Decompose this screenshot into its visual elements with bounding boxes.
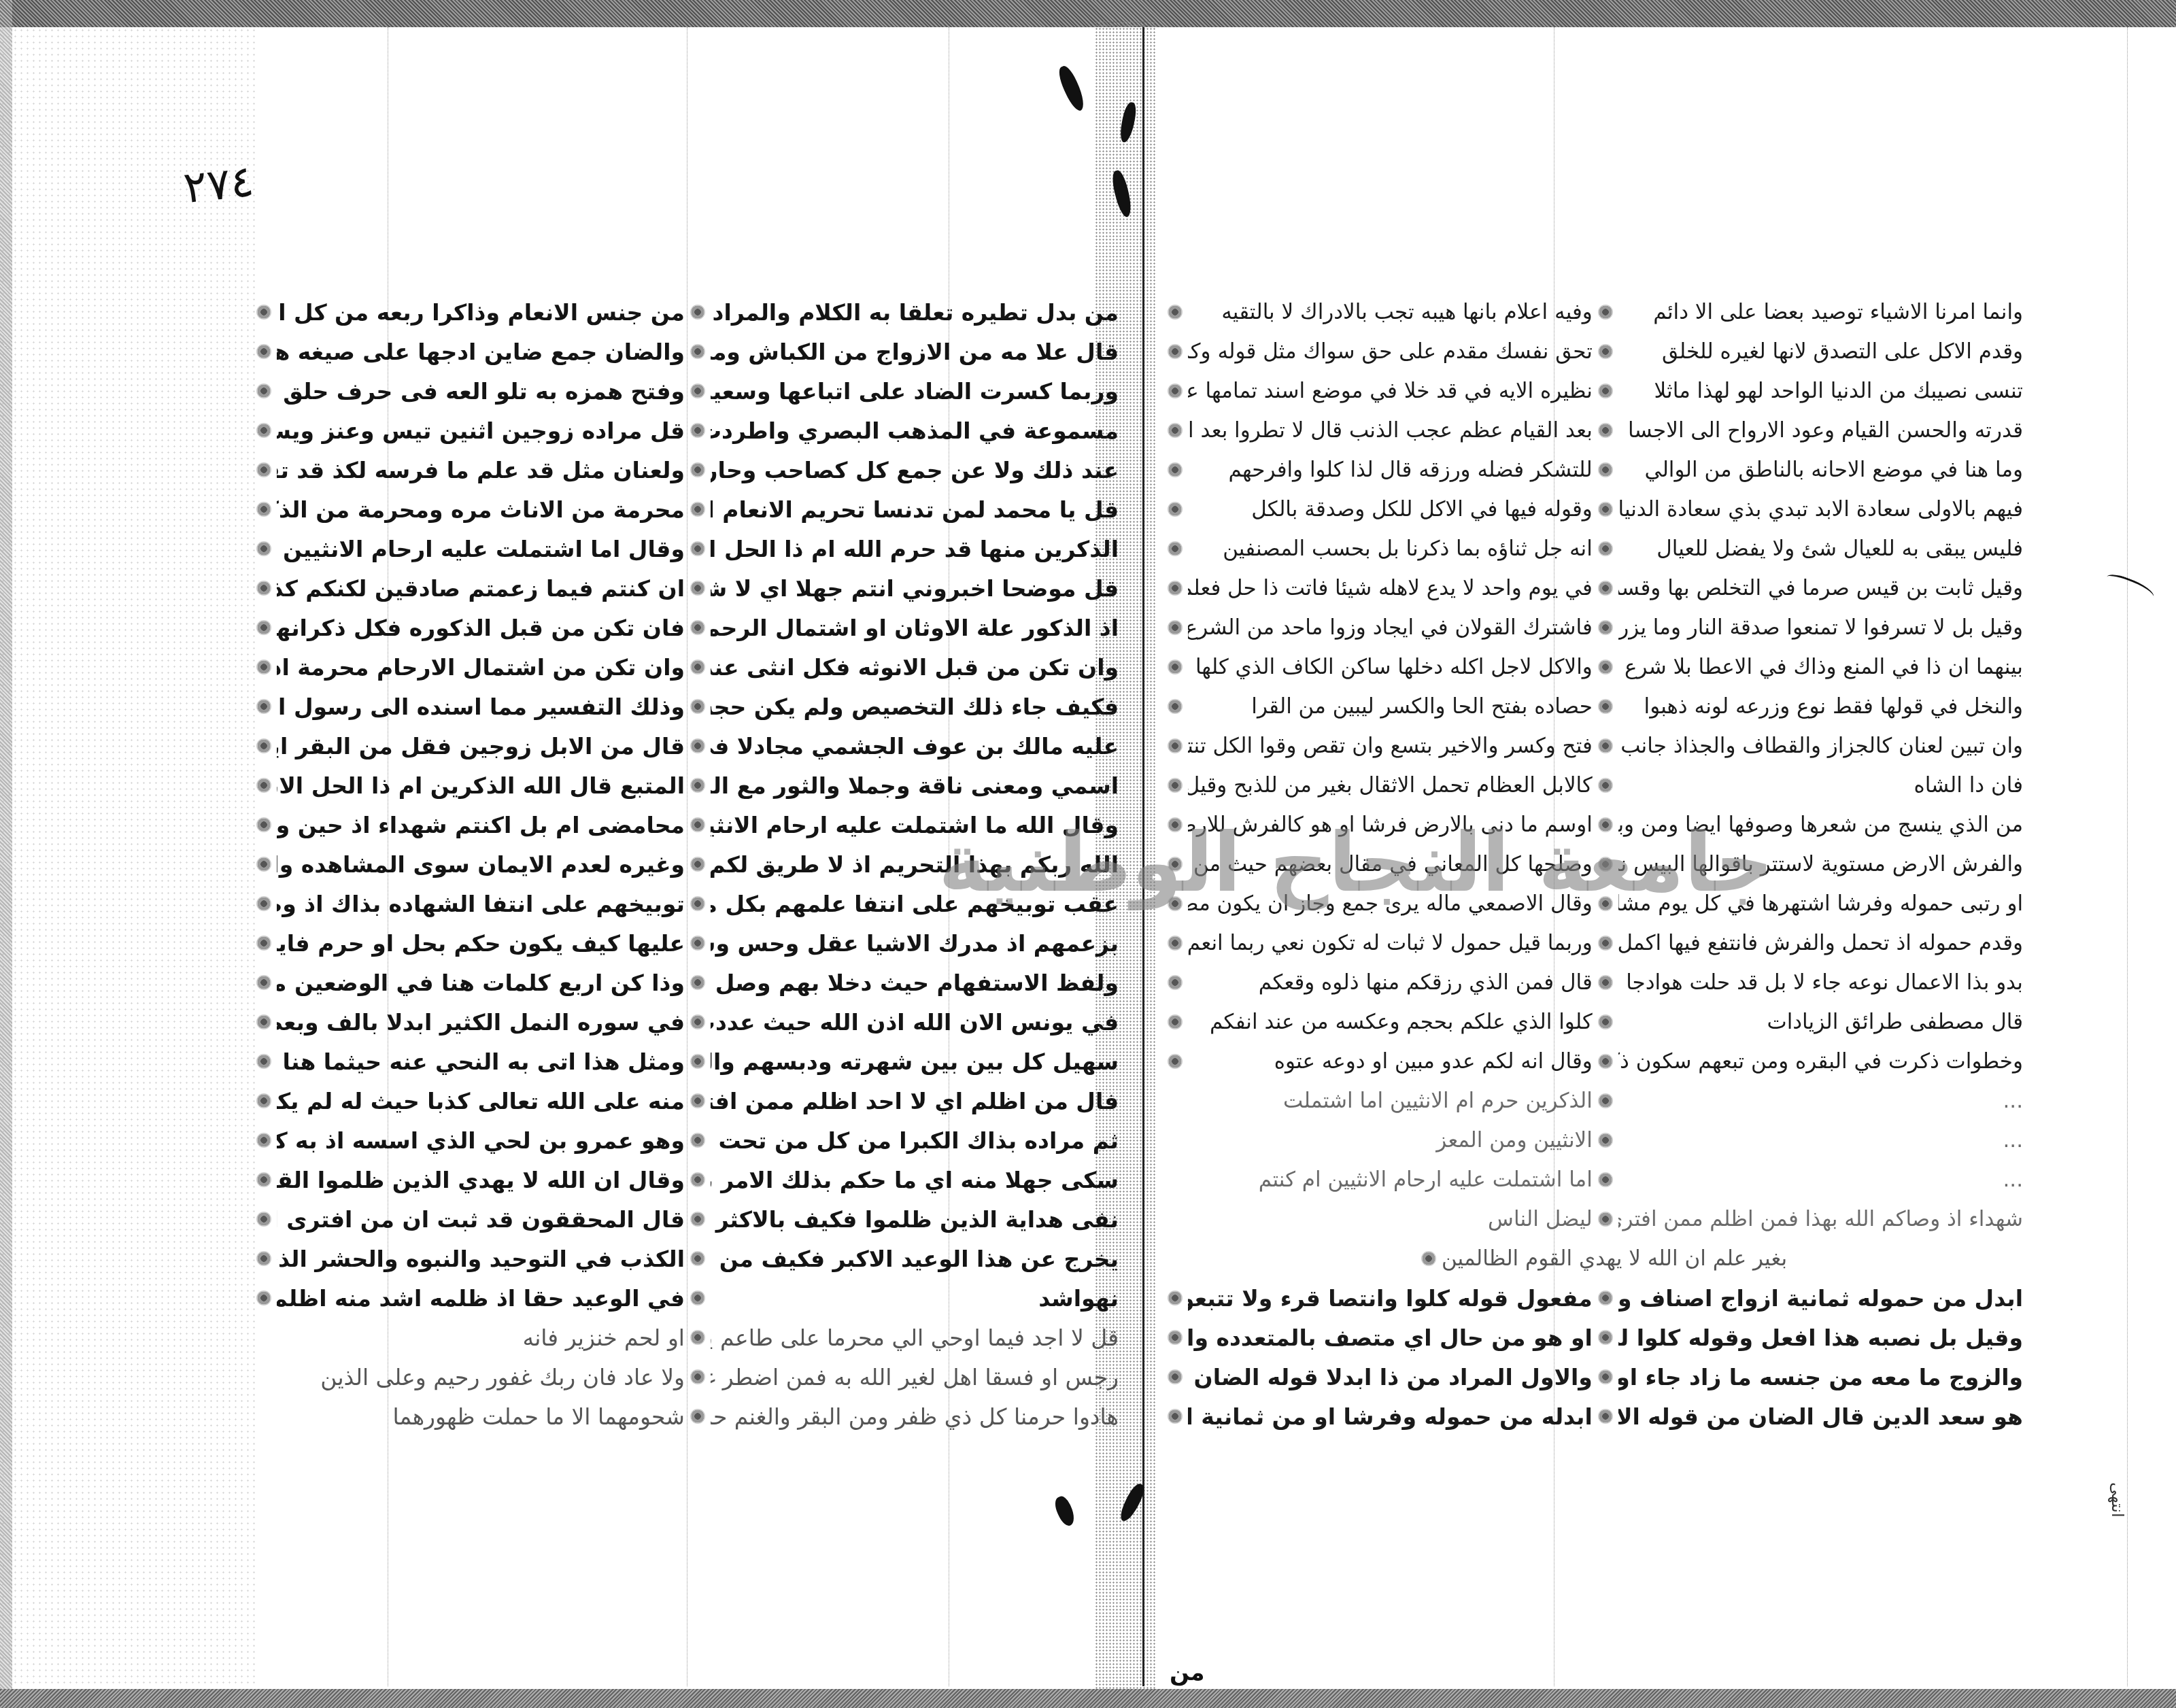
hemistich-text: وقال انه لكم عدو مبين او دوعه عتوه <box>1188 1049 1593 1074</box>
verse-separator-icon <box>1168 1014 1183 1029</box>
verse-separator-icon <box>256 305 271 320</box>
verse-separator-icon <box>690 344 705 359</box>
text-line: وخطوات ذكرت في البقره ومن تبعهم سكون ذكر… <box>1180 1042 2023 1081</box>
hemistich-text: نظيره الايه في قد خلا في موضع اسند تمامه… <box>1188 379 1593 403</box>
verse-separator-icon <box>1168 660 1183 674</box>
verse-separator-icon <box>256 1093 271 1108</box>
verse-separator-icon <box>1168 778 1183 793</box>
verse-separator-icon <box>690 620 705 635</box>
verse-separator-icon <box>256 778 271 793</box>
text-line: مسموعة في المذهب البصري واطردت في المذهب… <box>269 411 1119 450</box>
hemistich-text: اسمي ومعنى ناقة وجملا والثور مع الشاة كل… <box>711 772 1119 799</box>
hemistich-text: وقيل بل لا تسرفوا لا تمنعوا صدقة النار و… <box>1618 615 2023 640</box>
verse-separator-icon <box>1598 936 1613 951</box>
hemistich-text: وقدم الاكل على التصدق لانها لغيره للخلق <box>1618 339 2023 364</box>
text-line: فان دا الشاهكالابل العظام تحمل الاثقال ب… <box>1180 766 2023 805</box>
hemistich-text: وقدم حموله اذ تحمل والفرش فانتفع فيها اك… <box>1618 931 2023 955</box>
text-line: فال من اظلم اي لا احد اظلم ممن افترى تعم… <box>269 1081 1119 1121</box>
hemistich-text: قدرته والحسن القيام وعود الارواح الى الا… <box>1618 418 2023 443</box>
text-line: اذ الذكور علة الاوثان او اشتمال الرحم هذ… <box>269 608 1119 647</box>
hemistich-text: بعد القيام عظم عجب الذنب قال لا تطروا بع… <box>1188 418 1593 443</box>
hemistich-text: عليه مالك بن عوف الجشمي مجادلا في حل بعض… <box>711 733 1119 759</box>
verse-separator-icon <box>256 1172 271 1187</box>
verse-separator-icon <box>1168 344 1183 359</box>
verse-separator-icon <box>690 699 705 714</box>
verse-separator-icon <box>690 936 705 951</box>
verse-separator-icon <box>1168 423 1183 438</box>
hemistich-text: والنخل في قولها فقط نوع وزرعه لونه ذهبوا <box>1618 694 2023 719</box>
hemistich-text: المتبع قال الله الذكرين ام ذا الحل الانث… <box>277 772 685 799</box>
text-line: اسمي ومعنى ناقة وجملا والثور مع الشاة كل… <box>269 766 1119 805</box>
hemistich-text: ان كنتم فيما زعمتم صادقين لكنكم كذبتم فا… <box>277 575 685 602</box>
verse-separator-icon <box>690 896 705 911</box>
verse-separator-icon <box>1168 975 1183 990</box>
hemistich-text: فاشترك القولان في ايجاد وزوا ماحد من الش… <box>1188 615 1593 640</box>
faint-quran-line: شهداء اذ وصاكم الله بهذا فمن اظلم ممن اف… <box>1180 1199 2023 1239</box>
text-line: بزعمهم اذ مدرك الاشيا عقل وحس وسمع استفا… <box>269 923 1119 963</box>
hemistich-text: وقوله فيها في الاكل للكل وصدقة بالكل <box>1188 497 1593 522</box>
hemistich-text: قل يا محمد لمن تدنسا تحريم الانعام الينا… <box>711 496 1119 523</box>
text-line: وان تكن من قبل الانوثه فكل انثى عندكم خب… <box>269 647 1119 687</box>
verse-separator-icon <box>1598 738 1613 753</box>
faint-quran-line: ...الانثيين ومن المعز <box>1180 1121 2023 1160</box>
hemistich-text: والاكل لاجل اكله دخلها ساكن الكاف الذي ك… <box>1188 655 1593 679</box>
verse-separator-icon <box>1421 1251 1436 1266</box>
verse-separator-icon <box>256 383 271 398</box>
verse-separator-icon <box>690 1054 705 1069</box>
text-line: فكيف جاء ذلك التخصيص ولم يكن حجة تنصيصوذ… <box>269 687 1119 726</box>
faint-quran-line: ...الذكرين حرم ام الانثيين اما اشتملت <box>1180 1081 2023 1121</box>
hemistich-text: حصاده بفتح الحا والكسر ليبين من القرا <box>1188 694 1593 719</box>
hemistich-text: وفتح همزه به تلو العه فى حرف حلق ثانيا م… <box>277 378 685 405</box>
hemistich-text: ولفظ الاستفهام حيث دخلا بهم وصل بتحتية ت… <box>711 970 1119 996</box>
verse-separator-icon <box>256 660 271 674</box>
hemistich-text: وخطوات ذكرت في البقره ومن تبعهم سكون ذكر… <box>1618 1049 2023 1074</box>
hemistich-text: فال من اظلم اي لا احد اظلم ممن افترى تعم… <box>711 1088 1119 1114</box>
verse-separator-icon <box>690 423 705 438</box>
hemistich-text: في يونس الان الله اذن الله حيث عددت كما … <box>711 1009 1119 1036</box>
hemistich-text: فيهم بالاولى سعادة الابد تبدي بذي سعادة … <box>1618 497 2023 522</box>
text-line: وقيل ثابت بن قيس صرما في التخلص بها وقسم… <box>1180 568 2023 608</box>
verse-separator-icon <box>690 1133 705 1148</box>
hemistich-text: وان تبين لعنان كالجزاز والقطاف والجذاذ ج… <box>1618 734 2023 758</box>
hemistich-text: وغيره لعدم الايمان سوى المشاهده والعيان <box>277 851 685 878</box>
hemistich-text: مفعول قوله كلوا وانتصا قرء ولا تتبعوا مع… <box>1188 1285 1593 1312</box>
hemistich-text: قال المحققون قد ثبت ان من افترى الكذب وا… <box>277 1206 685 1233</box>
hemistich-text: الانثيين ومن المعز <box>1188 1128 1593 1152</box>
hemistich-text: الذكرين منها قد حرم الله ام ذا الحل الان… <box>711 536 1119 562</box>
verse-separator-icon <box>690 778 705 793</box>
hemistich-text: وربما قيل حمول لا ثبات له تكون نعي ربما … <box>1188 931 1593 955</box>
hemistich-text: محرمة من الاناث مره ومحرمة من الذكور كره <box>277 496 685 523</box>
text-line: وربما كسرت الضاد على اتباعها وسعير مثلاو… <box>269 371 1119 411</box>
verse-separator-icon <box>1168 383 1183 398</box>
text-line: وان تبين لعنان كالجزاز والقطاف والجذاذ ج… <box>1180 726 2023 766</box>
hemistich-text: شحومهما الا ما حملت ظهورهما <box>277 1403 685 1430</box>
verse-separator-icon <box>256 620 271 635</box>
text-line: وقدم الاكل على التصدق لانها لغيره للخلقت… <box>1180 332 2023 371</box>
verse-separator-icon <box>1598 620 1613 635</box>
verse-separator-icon <box>690 1330 705 1345</box>
verse-separator-icon <box>1598 1409 1613 1424</box>
verse-separator-icon <box>1168 1291 1183 1305</box>
hemistich-text: نهواشد <box>711 1285 1119 1312</box>
verse-separator-icon <box>256 738 271 753</box>
verse-separator-icon <box>1598 699 1613 714</box>
verse-separator-icon <box>1598 1212 1613 1227</box>
text-line: قل موضحا اخبروني انتم جهلا اي لا شئ تحرم… <box>269 568 1119 608</box>
verse-separator-icon <box>1168 1054 1183 1069</box>
text-line: في يونس الان الله اذن الله حيث عددت كما … <box>269 1002 1119 1042</box>
verse-separator-icon <box>1598 462 1613 477</box>
verse-separator-icon <box>256 462 271 477</box>
hemistich-text: في يوم واحد لا يدع لاهله شيئا فاتت ذا حل… <box>1188 576 1593 600</box>
faint-quran-line: رجس او فسقا اهل لغير الله به فمن اضطر غي… <box>269 1357 1119 1397</box>
verse-separator-icon <box>690 1251 705 1266</box>
catchword: من <box>1170 1659 1205 1686</box>
hemistich-text: فليس يبقى به للعيال شئ ولا يفضل للعيال <box>1618 536 2023 561</box>
text-line: سكى جهلا منه اي ما حكم بذلك الامر بغير ع… <box>269 1160 1119 1199</box>
hemistich-text: من جنس الانعام وذاكرا ربعه من كل اثنا نت… <box>277 299 685 326</box>
text-line: هو سعد الدين قال الضان من قوله الانعام ا… <box>1180 1397 2023 1436</box>
verse-separator-icon <box>1598 1014 1613 1029</box>
hemistich-text: وهو عمرو بن لحي الذي اسسه اذ به كل تحدى <box>277 1127 685 1154</box>
hemistich-text: وما هنا في موضع الاحانه بالناطق من الوال… <box>1618 458 2023 482</box>
hemistich-text: وفيه اعلام بانها هيبه تجب بالادراك لا با… <box>1188 300 1593 324</box>
verse-separator-icon <box>1168 581 1183 596</box>
verse-separator-icon <box>256 1212 271 1227</box>
ink-stain <box>1052 1494 1078 1528</box>
hemistich-text: او لحم خنزير فانه <box>277 1325 685 1351</box>
text-line: بينهما ان ذا في المنع وذاك في الاعطا بلا… <box>1180 647 2023 687</box>
hemistich-text: في الوعيد حقا اذ ظلمه اشد منه اظلما <box>277 1285 685 1312</box>
verse-separator-icon <box>690 305 705 320</box>
scan-edge-bottom <box>0 1689 2176 1708</box>
verse-separator-icon <box>1598 1133 1613 1148</box>
hemistich-text: وقال ان الله لا يهدي الذين ظلموا القوم ا… <box>277 1167 685 1193</box>
scan-edge-top <box>0 0 2176 27</box>
hemistich-text: وان تكن من اشتمال الارحام محرمة اذن جميع… <box>277 654 685 681</box>
verse-separator-icon <box>1168 738 1183 753</box>
verse-separator-icon <box>690 581 705 596</box>
verse-separator-icon <box>256 936 271 951</box>
verse-separator-icon <box>1598 1291 1613 1305</box>
hemistich-text: توبيخهم على انتفا الشهاده بذاك اذ وصى به… <box>277 891 685 917</box>
verse-separator-icon <box>256 699 271 714</box>
verse-separator-icon <box>1598 305 1613 320</box>
hemistich-text: اذ الذكور علة الاوثان او اشتمال الرحم هذ… <box>711 615 1119 641</box>
verse-separator-icon <box>1598 541 1613 556</box>
hemistich-text: كلوا الذي علكم بحجم وعكسه من عند انفكم <box>1188 1010 1593 1034</box>
hemistich-text: وربما كسرت الضاد على اتباعها وسعير مثلا <box>711 378 1119 405</box>
hemistich-text: سهيل كل بين بين شهرته ودبسهم والبعض عند … <box>711 1048 1119 1075</box>
hemistich-text: يخرج عن هذا الوعيد الاكبر فكيف من قال ال… <box>711 1246 1119 1272</box>
verse-separator-icon <box>1168 305 1183 320</box>
verse-separator-icon <box>256 1251 271 1266</box>
hemistich-text: الكذب في التوحيد والنبوه والحشر الذي يكو… <box>277 1246 685 1272</box>
verse-separator-icon <box>256 1133 271 1148</box>
text-line: قل يا محمد لمن تدنسا تحريم الانعام الينا… <box>269 490 1119 529</box>
verse-separator-icon <box>1598 778 1613 793</box>
text-line: قال مصطفى طرائق الزياداتكلوا الذي علكم ب… <box>1180 1002 2023 1042</box>
verse-separator-icon <box>690 462 705 477</box>
text-line: من بدل تطيره تعلقا به الكلام والمراد خلق… <box>269 292 1119 332</box>
verse-separator-icon <box>690 541 705 556</box>
hemistich-text: فان تكن من قبل الذكوره فكل ذكرانهم محظور… <box>277 615 685 641</box>
text-line: وانما امرنا الاشياء توصيد بعضا على الا د… <box>1180 292 2023 332</box>
verse-separator-icon <box>1598 502 1613 517</box>
hemistich-text: وقيل ثابت بن قيس صرما في التخلص بها وقسم… <box>1618 576 2023 600</box>
hemistich-text: هادوا حرمنا كل ذي ظفر ومن البقر والغنم ح… <box>711 1403 1119 1430</box>
verse-separator-icon <box>690 1409 705 1424</box>
text-line: ثم مراده بذاك الكبرا من كل من تحت بهذا ا… <box>269 1121 1119 1160</box>
verse-separator-icon <box>1168 462 1183 477</box>
verse-separator-icon <box>256 817 271 832</box>
hemistich-text: من بدل تطيره تعلقا به الكلام والمراد خلق… <box>711 299 1119 326</box>
hemistich-text: اما اشتملت عليه ارحام الانثيين ام كنتم <box>1188 1167 1593 1192</box>
verse-separator-icon <box>1598 660 1613 674</box>
hemistich-text: ليضل الناس <box>1188 1207 1593 1231</box>
text-line: وقيل بل لا تسرفوا لا تمنعوا صدقة النار و… <box>1180 608 2023 647</box>
verse-separator-icon <box>690 857 705 872</box>
text-line: فليس يبقى به للعيال شئ ولا يفضل للعيالان… <box>1180 529 2023 568</box>
hemistich-text: مسموعة في المذهب البصري واطردت في المذهب… <box>711 417 1119 444</box>
hemistich-text: ابدله من حموله وفرشا او من ثمانية اي انش… <box>1188 1403 1593 1430</box>
verse-separator-icon <box>256 1054 271 1069</box>
text-line: تنسى نصيبك من الدنيا الواحد لهو لهذا ماث… <box>1180 371 2023 411</box>
text-line: نفى هداية الذين ظلموا فكيف بالاكثر ظلما … <box>269 1199 1119 1239</box>
faint-quran-line: قل لا اجد فيما اوحي الي محرما على طاعم ي… <box>269 1318 1119 1357</box>
hemistich-text: قال مصطفى طرائق الزيادات <box>1618 1010 2023 1034</box>
hemistich-text: هو سعد الدين قال الضان من قوله الانعام ا… <box>1618 1403 2023 1430</box>
verse-separator-icon <box>256 1291 271 1305</box>
text-line: قدرته والحسن القيام وعود الارواح الى الا… <box>1180 411 2023 450</box>
verse-separator-icon <box>690 383 705 398</box>
hemistich-text: تنسى نصيبك من الدنيا الواحد لهو لهذا ماث… <box>1618 379 2023 403</box>
verse-separator-icon <box>1598 1369 1613 1384</box>
hemistich-text: ثم مراده بذاك الكبرا من كل من تحت بهذا ا… <box>711 1127 1119 1154</box>
verse-separator-icon <box>1598 423 1613 438</box>
verse-separator-icon <box>1168 502 1183 517</box>
verse-separator-icon <box>256 502 271 517</box>
verse-separator-icon <box>256 857 271 872</box>
hemistich-text: في سوره النمل الكثير ابدلا بالف وبعضهم ج… <box>277 1009 685 1036</box>
hemistich-text: عند ذلك ولا عن جمع كل كصاحب وحارس وتبع <box>711 457 1119 483</box>
hemistich-text: فان دا الشاه <box>1618 773 2023 798</box>
hemistich-text: او هو من حال اي متصف بالمتعدده والمختلف <box>1188 1325 1593 1351</box>
section-heading: بغير علم ان الله لا يهدي القوم الظالمين <box>1180 1239 2023 1278</box>
verse-separator-icon <box>690 817 705 832</box>
ink-stain <box>1055 64 1089 114</box>
hemistich-text: فكيف جاء ذلك التخصيص ولم يكن حجة تنصيص <box>711 694 1119 720</box>
hemistich-text: وذا كن اربع كلمات هنا في الوضعين مثل ما … <box>277 970 685 996</box>
verse-separator-icon <box>690 975 705 990</box>
verse-separator-icon <box>1598 1093 1613 1108</box>
verse-separator-icon <box>690 1291 705 1305</box>
text-line: ولفظ الاستفهام حيث دخلا بهم وصل بتحتية ت… <box>269 963 1119 1002</box>
verse-separator-icon <box>690 660 705 674</box>
margin-note: انتهى <box>2108 1482 2127 1518</box>
hemistich-text: بزعمهم اذ مدرك الاشيا عقل وحس وسمع استفا… <box>711 930 1119 957</box>
verse-separator-icon <box>256 1014 271 1029</box>
hemistich-text: بينهما ان ذا في المنع وذاك في الاعطا بلا… <box>1618 655 2023 679</box>
folio-number: ٢٧٤ <box>181 156 256 213</box>
hemistich-text: بغير علم ان الله لا يهدي القوم الظالمين <box>1442 1246 1787 1271</box>
hemistich-text: وان تكن من قبل الانوثه فكل انثى عندكم خب… <box>711 654 1119 681</box>
verse-separator-icon <box>1168 1330 1183 1345</box>
hemistich-text: الذكرين حرم ام الانثيين اما اشتملت <box>1188 1089 1593 1113</box>
hemistich-text: والضان جمع ضاين ادجها على صيغه هو حيث سع… <box>277 339 685 365</box>
hemistich-text: وقال اما اشتملت عليه ارحام الانثيين من ص… <box>277 536 685 562</box>
text-line: والنخل في قولها فقط نوع وزرعه لونه ذهبوا… <box>1180 687 2023 726</box>
verse-separator-icon <box>1598 975 1613 990</box>
hemistich-text: للتشكر فضله ورزقه قال لذا كلوا وافرحهم <box>1188 458 1593 482</box>
verse-separator-icon <box>256 344 271 359</box>
verse-separator-icon <box>1598 581 1613 596</box>
hemistich-text: قل مراده زوجين اثنين تيس وعنز ويسكن العي… <box>277 417 685 444</box>
verse-separator-icon <box>1168 1369 1183 1384</box>
verse-separator-icon <box>690 502 705 517</box>
hemistich-text: قال علا مه من الازواج من الكباش ومن النع… <box>711 339 1119 365</box>
verse-separator-icon <box>690 738 705 753</box>
text-line: وقدم حموله اذ تحمل والفرش فانتفع فيها اك… <box>1180 923 2023 963</box>
text-line: بدو بذا الاعمال نوعه جاء لا بل قد حلت هو… <box>1180 963 2023 1002</box>
hemistich-text: ومثل هذا اتى به النحي عنه حيثما هنا ذكر <box>277 1048 685 1075</box>
text-line: الذكرين منها قد حرم الله ام ذا الحل الان… <box>269 529 1119 568</box>
text-line: وقيل بل نصبه هذا افعل وقوله كلوا له بدلا… <box>1180 1318 2023 1357</box>
margin-pen-stroke <box>2103 571 2156 603</box>
faint-quran-line: ...اما اشتملت عليه ارحام الانثيين ام كنت… <box>1180 1160 2023 1199</box>
text-line: ابدل من حموله ثمانية ازواج اصناف وقيل بل… <box>1180 1278 2023 1318</box>
text-line: عند ذلك ولا عن جمع كل كصاحب وحارس وتبعول… <box>269 450 1119 490</box>
hemistich-text: والزوج ما معه من جنسه ما زاد جاء او اسم … <box>1618 1364 2023 1390</box>
verse-separator-icon <box>1598 383 1613 398</box>
verse-separator-icon <box>256 975 271 990</box>
verse-separator-icon <box>690 1093 705 1108</box>
library-watermark: جامعة النجاح الوطنية <box>938 816 1773 910</box>
verse-separator-icon <box>256 423 271 438</box>
hemistich-text: كالابل العظام تحمل الاثقال بغير من للذبح… <box>1188 773 1593 798</box>
text-line: يخرج عن هذا الوعيد الاكبر فكيف من قال ال… <box>269 1239 1119 1278</box>
hemistich-text: محامضى ام بل اكنتم شهداء اذ حين وصاكم ال… <box>277 812 685 838</box>
text-line: عليه مالك بن عوف الجشمي مجادلا في حل بعض… <box>269 726 1119 766</box>
hemistich-text: والاول المراد من ذا ابدلا قوله الضان منه… <box>1188 1364 1593 1390</box>
text-line: سهيل كل بين بين شهرته ودبسهم والبعض عند … <box>269 1042 1119 1081</box>
hemistich-text: قال من الابل زوجين فقل من البقر ايضا زوج… <box>277 733 685 759</box>
verse-separator-icon <box>1168 936 1183 951</box>
hemistich-text: قال فمن الذي رزقكم منها ذلوه وقعكم <box>1188 970 1593 995</box>
hemistich-text: وقيل بل نصبه هذا افعل وقوله كلوا له بدل <box>1618 1325 2023 1351</box>
verse-separator-icon <box>1598 1172 1613 1187</box>
ruling-line <box>2127 27 2128 1686</box>
hemistich-text: منه على الله تعالى كذبا حيث له لم يكن من… <box>277 1088 685 1114</box>
hemistich-text: تحق نفسك مقدم على حق سواك مثل قوله وكذا <box>1188 339 1593 364</box>
hemistich-text: شهداء اذ وصاكم الله بهذا فمن اظلم ممن اف… <box>1618 1207 2023 1231</box>
text-line: فيهم بالاولى سعادة الابد تبدي بذي سعادة … <box>1180 490 2023 529</box>
faint-quran-line: هادوا حرمنا كل ذي ظفر ومن البقر والغنم ح… <box>269 1397 1119 1436</box>
hemistich-text: عليها كيف يكون حكم بحل او حرم فاين الفهم <box>277 930 685 957</box>
hemistich-text: قل لا اجد فيما اوحي الي محرما على طاعم ي… <box>711 1325 1119 1351</box>
verse-separator-icon <box>1598 344 1613 359</box>
hemistich-text: بدو بذا الاعمال نوعه جاء لا بل قد حلت هو… <box>1618 970 2023 995</box>
verse-separator-icon <box>256 581 271 596</box>
verse-separator-icon <box>690 1172 705 1187</box>
paper-speckle <box>0 27 258 1686</box>
hemistich-text: رجس او فسقا اهل لغير الله به فمن اضطر غي… <box>711 1364 1119 1390</box>
hemistich-text: سكى جهلا منه اي ما حكم بذلك الامر بغير ع… <box>711 1167 1119 1193</box>
hemistich-text: نفى هداية الذين ظلموا فكيف بالاكثر ظلما … <box>711 1206 1119 1233</box>
text-line: نهواشدفي الوعيد حقا اذ ظلمه اشد منه اظلم… <box>269 1278 1119 1318</box>
text-line: وما هنا في موضع الاحانه بالناطق من الوال… <box>1180 450 2023 490</box>
hemistich-text: ... <box>1618 1128 2023 1152</box>
verse-separator-icon <box>1168 541 1183 556</box>
verse-separator-icon <box>690 1369 705 1384</box>
verse-separator-icon <box>1168 699 1183 714</box>
hemistich-text: ... <box>1618 1089 2023 1113</box>
hemistich-text: ... <box>1618 1167 2023 1192</box>
verse-separator-icon <box>256 541 271 556</box>
verse-separator-icon <box>1168 620 1183 635</box>
verse-separator-icon <box>1598 1330 1613 1345</box>
verse-separator-icon <box>690 1014 705 1029</box>
hemistich-text: انه جل ثناؤه بما ذكرنا بل بحسب المصنفين <box>1188 536 1593 561</box>
verse-separator-icon <box>1598 1054 1613 1069</box>
hemistich-text: وانما امرنا الاشياء توصيد بعضا على الا د… <box>1618 300 2023 324</box>
hemistich-text: ولا عاد فان ربك غفور رحيم وعلى الذين <box>277 1364 685 1390</box>
hemistich-text: فتح وكسر والاخير بتسع وان تقص وقوا الكل … <box>1188 734 1593 758</box>
text-line: والزوج ما معه من جنسه ما زاد جاء او اسم … <box>1180 1357 2023 1397</box>
hemistich-text: قل موضحا اخبروني انتم جهلا اي لا شئ تحرم <box>711 575 1119 602</box>
hemistich-text: ابدل من حموله ثمانية ازواج اصناف وقيل بل… <box>1618 1285 2023 1312</box>
verse-separator-icon <box>690 1212 705 1227</box>
text-line: قال علا مه من الازواج من الكباش ومن النع… <box>269 332 1119 371</box>
hemistich-text: وذلك التفسير مما اسنده الى رسول الله لما… <box>277 694 685 720</box>
verse-separator-icon <box>256 896 271 911</box>
verse-separator-icon <box>1168 1409 1183 1424</box>
hemistich-text: ولعنان مثل قد علم ما فرسه لكذ قد تقدما <box>277 457 685 483</box>
